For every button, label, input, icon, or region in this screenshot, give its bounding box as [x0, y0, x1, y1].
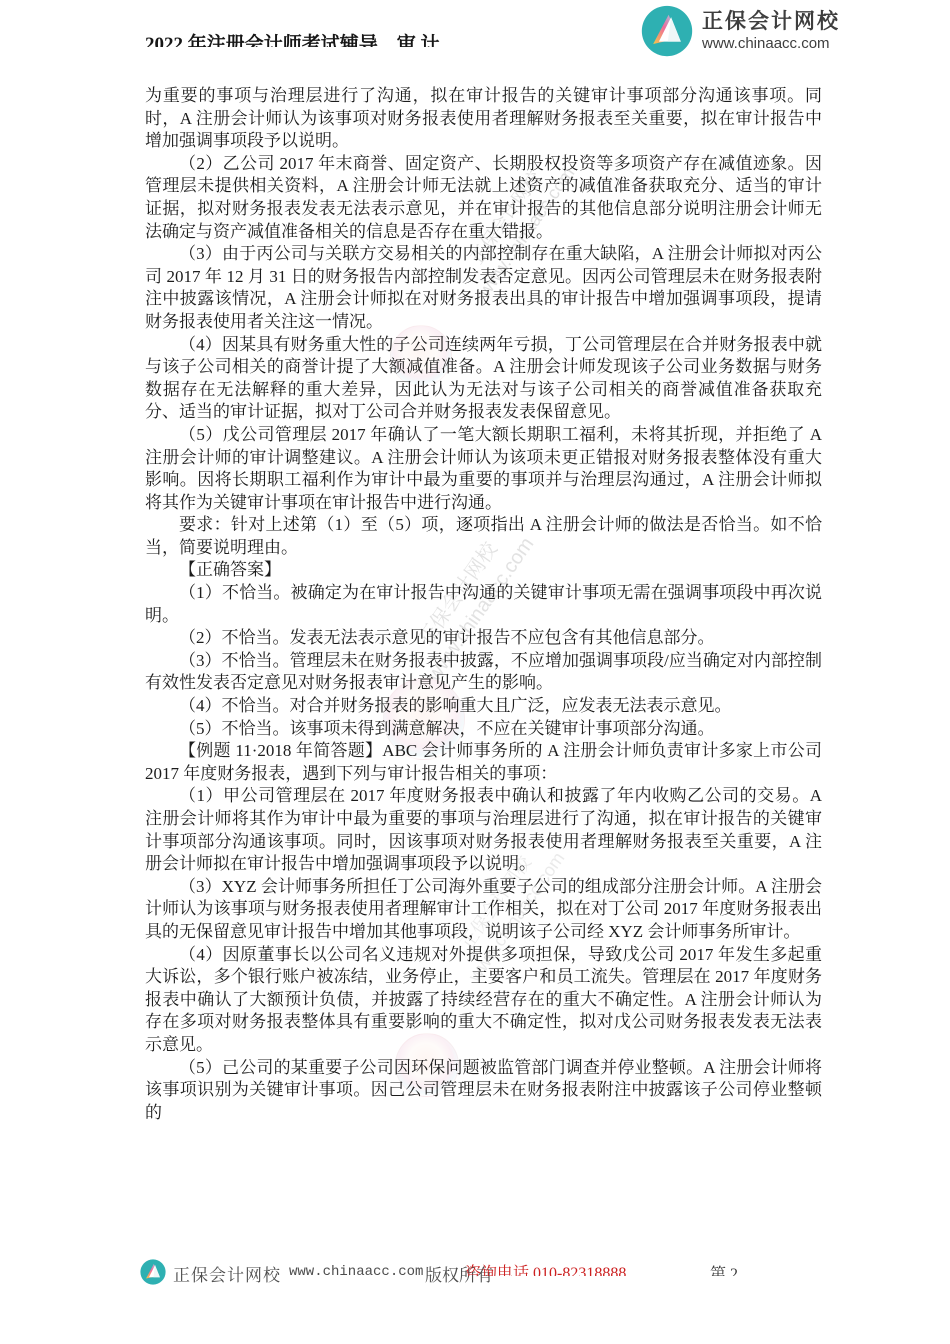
- footer-page-number: 第 2: [710, 1266, 738, 1276]
- footer-brand-name: 正保会计网校: [173, 1261, 281, 1286]
- footer-phone: 咨询电话 010-82318888: [465, 1265, 626, 1276]
- body-paragraph: （3）不恰当。管理层未在财务报表中披露，不应增加强调事项段/应当确定对内部控制有…: [145, 650, 822, 695]
- brand-name: 正保会计网校: [702, 9, 840, 34]
- brand-logo-icon: [641, 5, 693, 57]
- footer-page-clip: 第 2: [710, 1265, 770, 1276]
- footer-phone-clip: 咨询电话 010-82318888: [465, 1264, 640, 1276]
- body-paragraph: （1）不恰当。被确定为在审计报告中沟通的关键审计事项无需在强调事项段中再次说明。: [145, 582, 822, 627]
- footer-site-url: www.chinaacc.com: [289, 1264, 423, 1280]
- document-body: 为重要的事项与治理层进行了沟通，拟在审计报告的关键审计事项部分沟通该事项。同时，…: [145, 85, 822, 1124]
- body-paragraph: （5）不恰当。该事项未得到满意解决，不应在关键审计事项部分沟通。: [145, 718, 822, 741]
- body-paragraph: （4）因原董事长以公司名义违规对外提供多项担保，导致戊公司 2017 年发生多起…: [145, 944, 822, 1057]
- body-paragraph: 【例题 11·2018 年简答题】ABC 会计师事务所的 A 注册会计师负责审计…: [145, 740, 822, 785]
- body-paragraph: （3）由于丙公司与关联方交易相关的内部控制存在重大缺陷，A 注册会计师拟对丙公司…: [145, 243, 822, 333]
- body-paragraph: （5）己公司的某重要子公司因环保问题被监管部门调查并停业整顿。A 注册会计师将该…: [145, 1057, 822, 1125]
- body-paragraph: （1）甲公司管理层在 2017 年度财务报表中确认和披露了年内收购乙公司的交易。…: [145, 785, 822, 875]
- body-paragraph: （4）不恰当。对合并财务报表的影响重大且广泛，应发表无法表示意见。: [145, 695, 822, 718]
- body-paragraph: （2）不恰当。发表无法表示意见的审计报告不应包含有其他信息部分。: [145, 627, 822, 650]
- body-paragraph: （4）因某具有财务重大性的子公司连续两年亏损，丁公司管理层在合并财务报表中就与该…: [145, 334, 822, 424]
- document-page: 正保会计网校 www.chinaacc.com 正保会计网校 www.china…: [0, 0, 950, 1344]
- body-paragraph: 为重要的事项与治理层进行了沟通，拟在审计报告的关键审计事项部分沟通该事项。同时，…: [145, 85, 822, 153]
- body-paragraph: （2）乙公司 2017 年末商誉、固定资产、长期股权投资等多项资产存在减值迹象。…: [145, 153, 822, 243]
- brand-logo: 正保会计网校 www.chinaacc.com: [641, 5, 840, 57]
- body-paragraph: 【正确答案】: [145, 559, 822, 582]
- brand-url: www.chinaacc.com: [702, 34, 840, 53]
- brand-text: 正保会计网校 www.chinaacc.com: [702, 9, 840, 53]
- body-paragraph: （3）XYZ 会计师事务所担任丁公司海外重要子公司的组成部分注册会计师。A 注册…: [145, 876, 822, 944]
- header-course-title: 2022 年注册会计师考试辅导 审 计: [145, 33, 605, 47]
- footer-logo-icon: [140, 1259, 166, 1285]
- footer: 正保会计网校 www.chinaacc.com 版权所有 咨询电话 010-82…: [0, 1256, 950, 1290]
- body-paragraph: 要求：针对上述第（1）至（5）项，逐项指出 A 注册会计师的做法是否恰当。如不恰…: [145, 514, 822, 559]
- body-paragraph: （5）戊公司管理层 2017 年确认了一笔大额长期职工福利，未将其折现，并拒绝了…: [145, 424, 822, 514]
- header-title-clip: 2022 年注册会计师考试辅导 审 计: [145, 33, 605, 47]
